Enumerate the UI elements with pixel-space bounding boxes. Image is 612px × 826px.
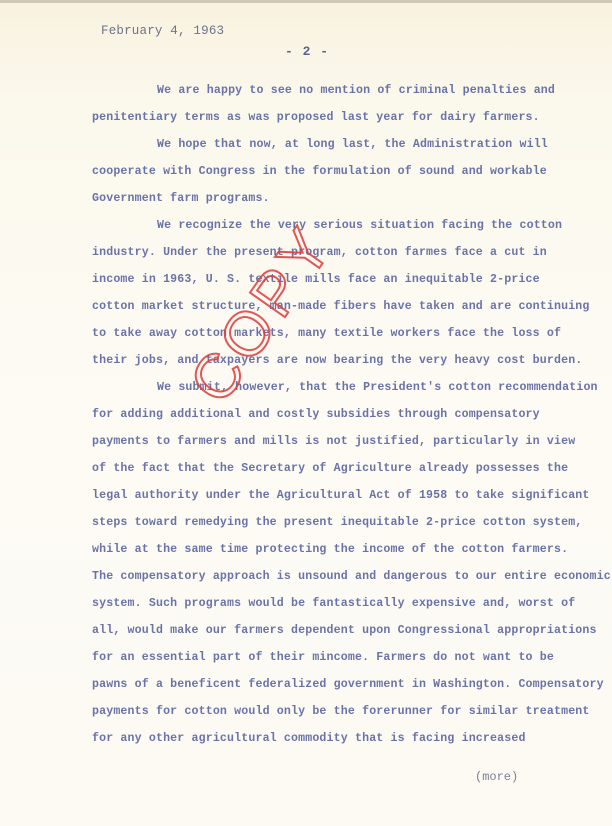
body-line: cotton market structure, man-made fibers… (92, 300, 590, 313)
page-top-edge (0, 0, 612, 3)
body-line: for adding additional and costly subsidi… (92, 408, 540, 421)
body-line: We are happy to see no mention of crimin… (157, 84, 555, 97)
body-line: We recognize the very serious situation … (157, 219, 562, 232)
body-line: system. Such programs would be fantastic… (92, 597, 575, 610)
body-line: payments for cotton would only be the fo… (92, 705, 590, 718)
page-number: - 2 - (285, 44, 329, 59)
document-page: February 4, 1963 - 2 - We are happy to s… (0, 0, 612, 826)
body-line: their jobs, and taxpayers are now bearin… (92, 354, 582, 367)
body-line: payments to farmers and mills is not jus… (92, 435, 575, 448)
body-line: while at the same time protecting the in… (92, 543, 568, 556)
body-line: all, would make our farmers dependent up… (92, 624, 597, 637)
body-line: pawns of a beneficent federalized govern… (92, 678, 604, 691)
continuation-marker: (more) (475, 770, 518, 784)
body-line: penitentiary terms as was proposed last … (92, 111, 540, 124)
body-line: The compensatory approach is unsound and… (92, 570, 611, 583)
body-line: Government farm programs. (92, 192, 270, 205)
body-line: cooperate with Congress in the formulati… (92, 165, 547, 178)
letter-date: February 4, 1963 (101, 24, 224, 38)
body-line: legal authority under the Agricultural A… (92, 489, 590, 502)
body-line: We hope that now, at long last, the Admi… (157, 138, 548, 151)
body-line: for an essential part of their mincome. … (92, 651, 554, 664)
body-line: of the fact that the Secretary of Agricu… (92, 462, 568, 475)
body-line: steps toward remedying the present inequ… (92, 516, 582, 529)
body-line: to take away cotton markets, many textil… (92, 327, 561, 340)
body-line: for any other agricultural commodity tha… (92, 732, 526, 745)
